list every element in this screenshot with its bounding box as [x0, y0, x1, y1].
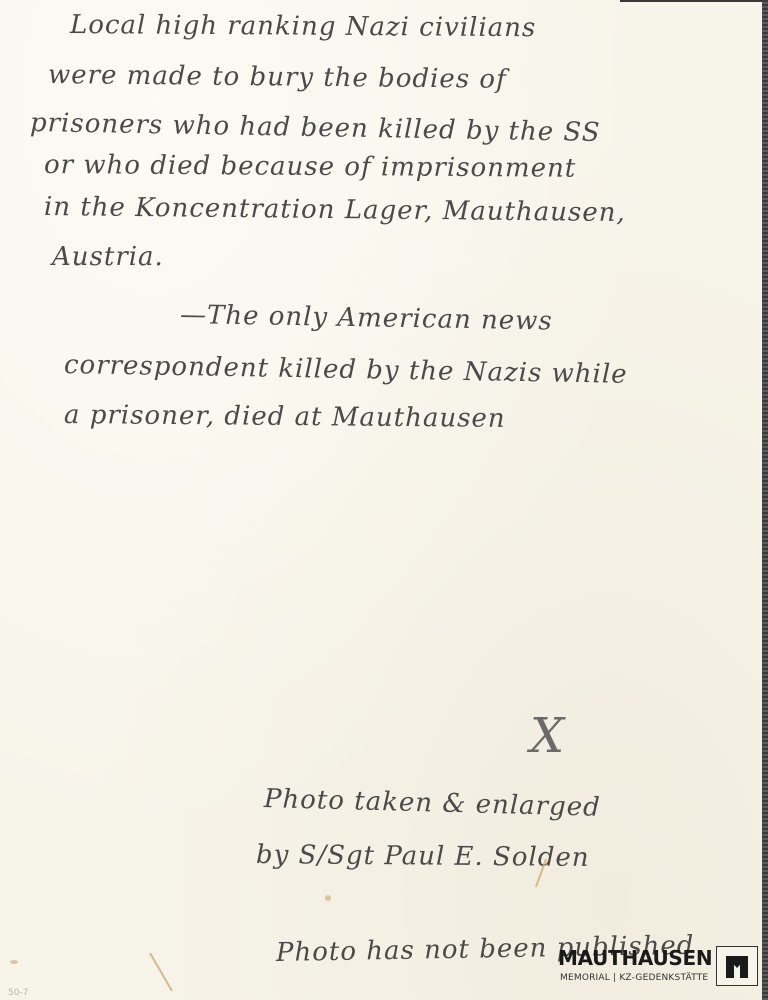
text-line: a prisoner, died at Mauthausen: [64, 400, 506, 434]
text-line: in the Koncentration Lager, Mauthausen,: [44, 192, 626, 228]
text-line: —The only American news: [180, 300, 553, 337]
text-line: were made to bury the bodies of: [48, 60, 507, 95]
x-mark: X: [530, 712, 564, 760]
text-line: Austria.: [52, 242, 164, 272]
signature-line: Photo taken & enlarged: [264, 784, 601, 823]
photo-back-page: Local high ranking Nazi civilians were m…: [0, 0, 762, 1000]
scan-edge: [762, 0, 768, 1000]
scan-edge: [620, 0, 768, 2]
text-line: or who died because of imprisonment: [44, 150, 576, 184]
mauthausen-memorial-logo: MAUTHAUSEN MEMORIAL | KZ-GEDENKSTÄTTE: [556, 944, 762, 992]
stain: [10, 960, 18, 964]
archive-number: 50-7: [8, 988, 28, 998]
stain: [149, 952, 173, 991]
logo-title: MAUTHAUSEN: [558, 946, 712, 970]
text-line: prisoners who had been killed by the SS: [30, 108, 601, 148]
text-line: correspondent killed by the Nazis while: [64, 350, 628, 390]
signature-line: by S/Sgt Paul E. Solden: [256, 840, 590, 873]
logo-subtitle: MEMORIAL | KZ-GEDENKSTÄTTE: [560, 973, 708, 983]
text-line: Local high ranking Nazi civilians: [70, 10, 537, 43]
stain: [325, 895, 331, 901]
m-logo-icon: [716, 946, 758, 986]
